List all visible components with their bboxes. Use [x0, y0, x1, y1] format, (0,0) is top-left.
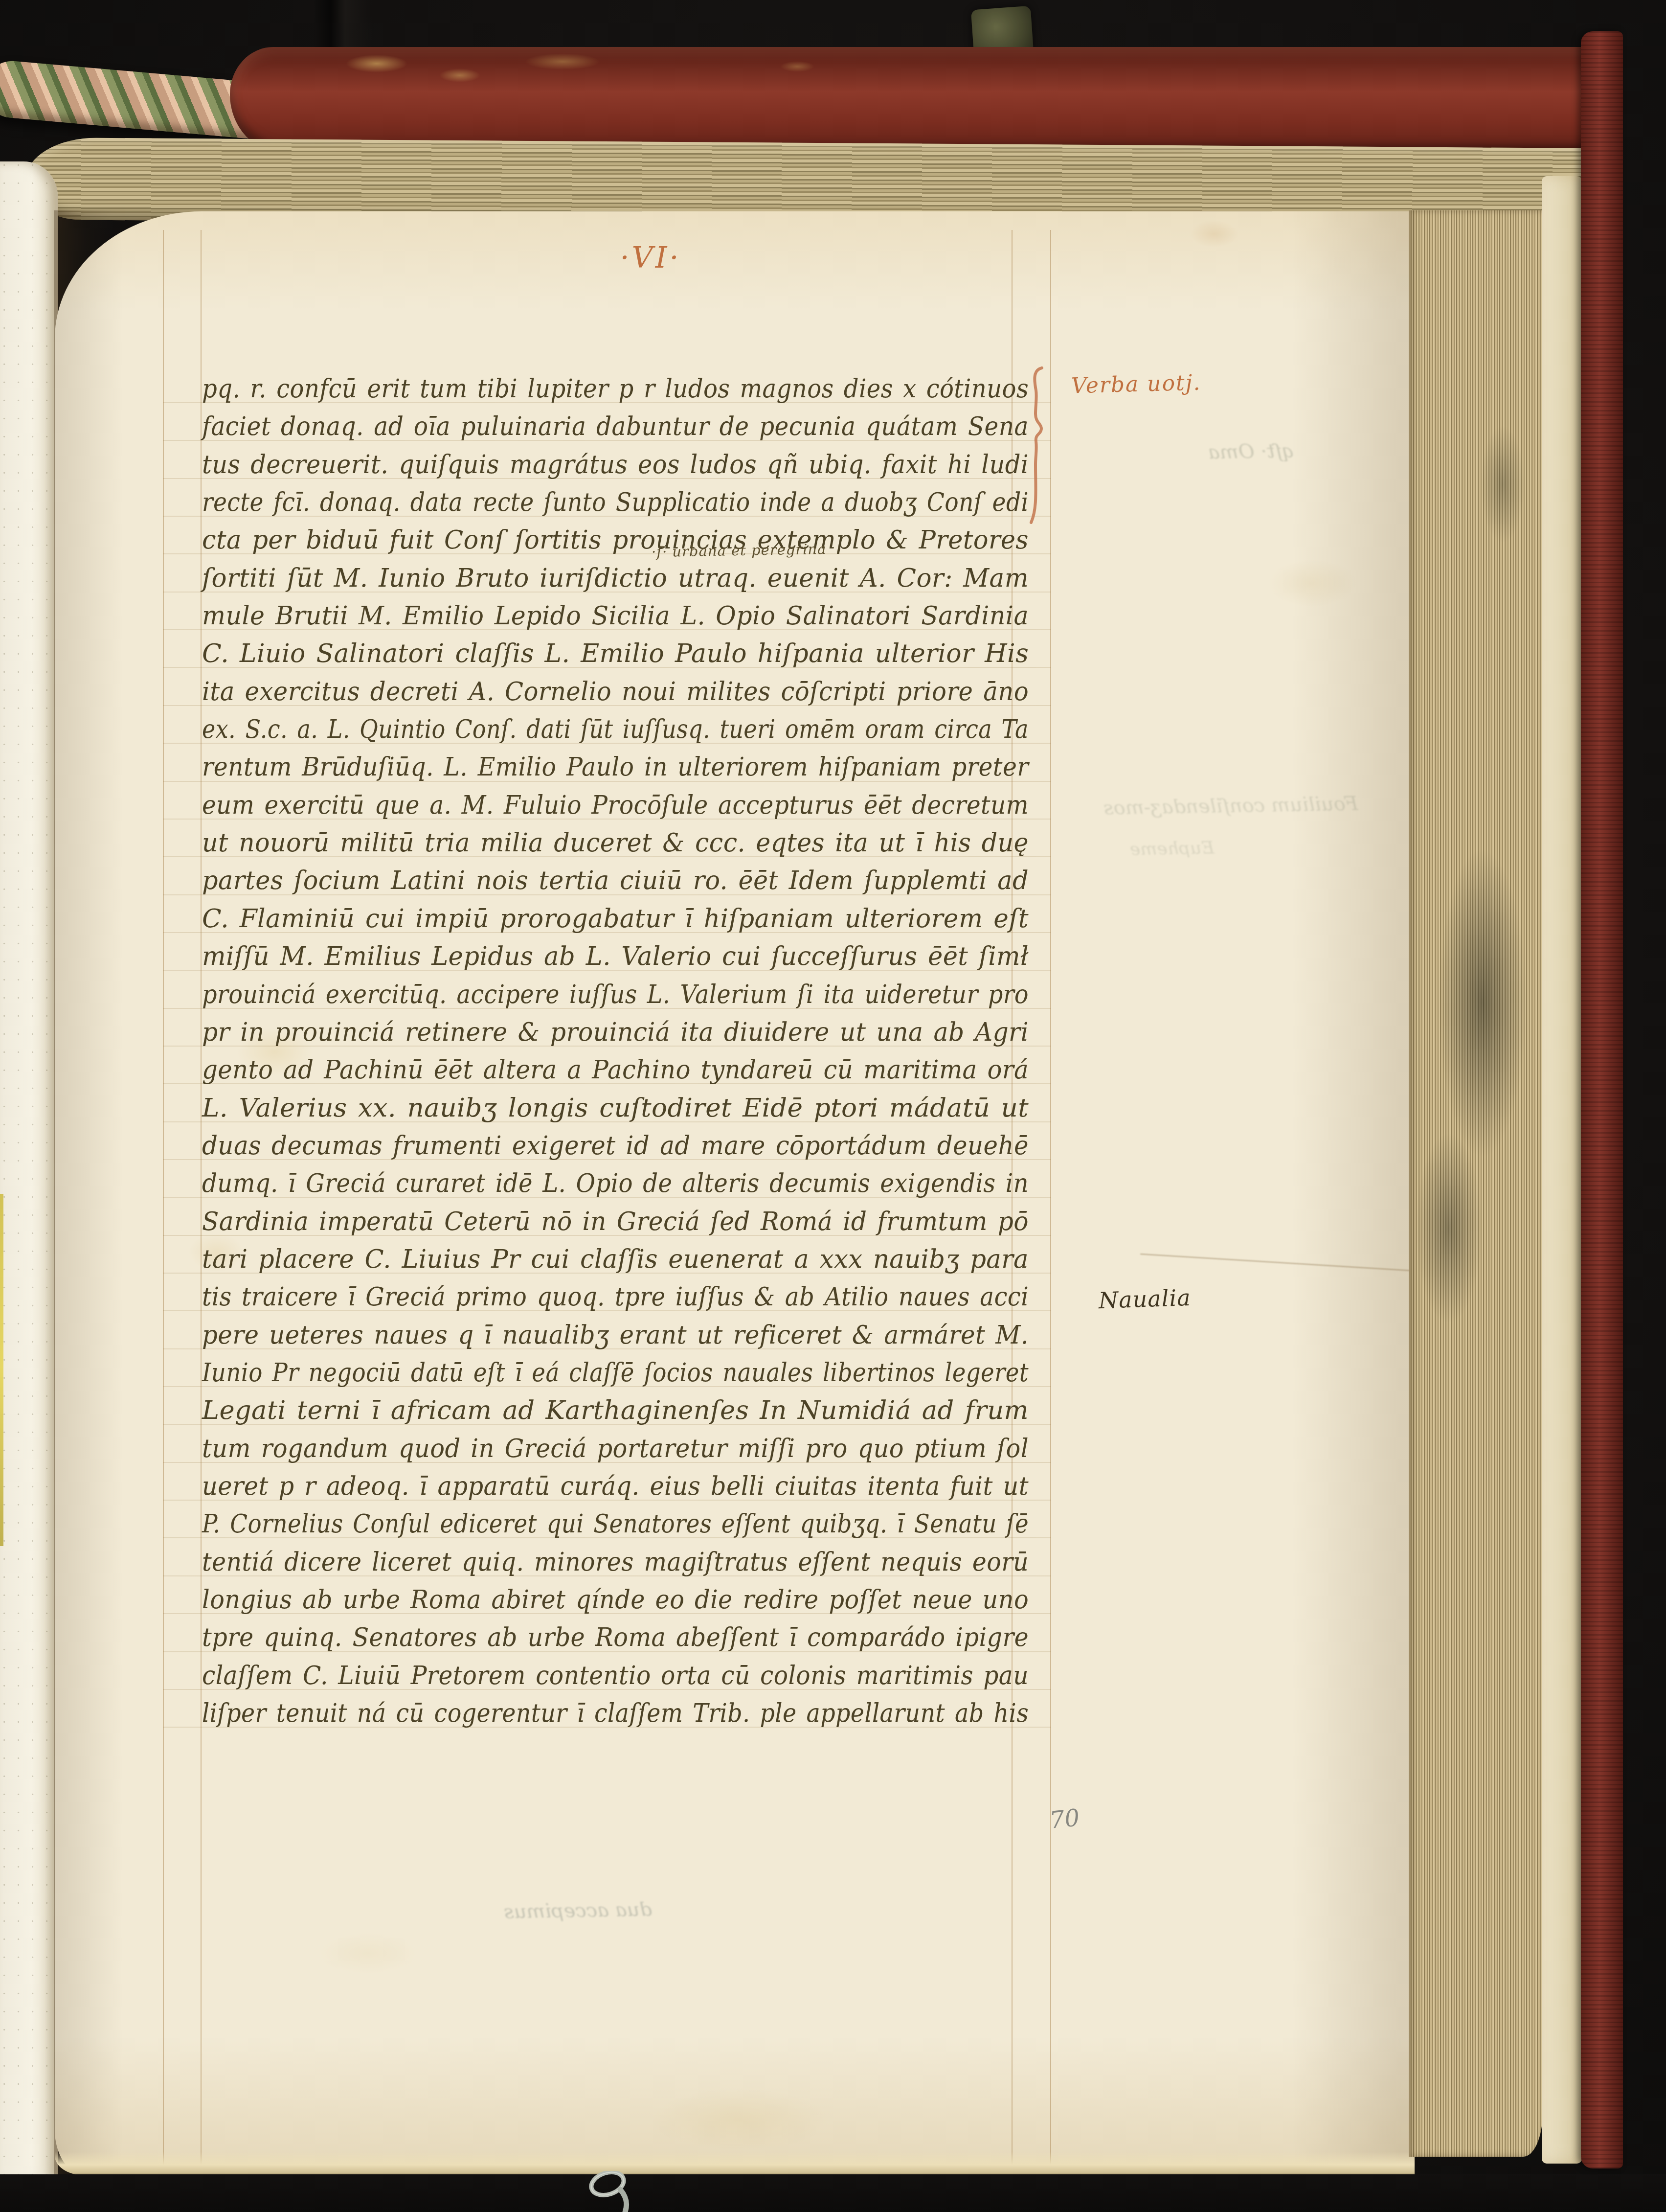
table-surface [0, 2174, 1666, 2212]
page-bottom-edge [55, 2152, 1415, 2175]
manuscript-line: ita exercitus decreti A. Cornelio noui m… [202, 674, 1053, 711]
manuscript-line: rentum Brūduſiūq. L. Emilio Paulo in ult… [202, 749, 1053, 787]
manuscript-line: liſper tenuit ná cū cogerentur ī claſſem… [202, 1695, 1053, 1733]
manuscript-line: pq. r. confcū erit tum tibi lupiter p r … [202, 371, 1053, 409]
manuscript-line: miſſū M. Emilius Lepidus ab L. Valerio c… [202, 938, 1053, 976]
manuscript-line: tis traicere ī Greciá primo quoq. tpre i… [202, 1279, 1053, 1317]
facing-page-edge [0, 161, 58, 2181]
gilt-flecks [230, 47, 1599, 154]
cover-vellum-strip [1542, 176, 1582, 2164]
page-edges-fore [1409, 210, 1543, 2157]
manuscript-line: longius ab urbe Roma abiret qínde eo die… [202, 1582, 1053, 1619]
manuscript-line: tum rogandum quod in Greciá portaretur m… [202, 1431, 1053, 1468]
chapter-number: ·VI· [577, 241, 724, 275]
rubricator-bracket-icon [1025, 365, 1050, 526]
manuscript-line: C. Flaminiū cui impiū prorogabatur ī hiſ… [202, 901, 1053, 938]
folio-number: 70 [1048, 1804, 1081, 1834]
manuscript-line: duas decumas frumenti exigeret id ad mar… [202, 1128, 1053, 1165]
manuscript-line: eum exercitū que a. M. Fuluio Procōſule … [202, 787, 1053, 825]
manuscript-text-block: pq. r. confcū erit tum tibi lupiter p r … [202, 371, 1053, 1733]
manuscript-line: tentiá dicere liceret quiq. minores magi… [202, 1544, 1053, 1582]
manuscript-line: L. Valerius xx. nauibʒ longis cuſtodiret… [202, 1090, 1053, 1128]
manuscript-line: partes ſocium Latini nois tertia ciuiū r… [202, 863, 1053, 900]
manuscript-line: dumq. ī Greciá curaret idē L. Opio de al… [202, 1165, 1053, 1203]
manuscript-line: ſortiti ſūt M. Iunio Bruto iuriſdictio u… [202, 560, 1053, 598]
manuscript-line: tpre quinq. Senatores ab urbe Roma abeſſ… [202, 1619, 1053, 1657]
edge-yellow-sliver [0, 1194, 3, 1546]
margin-note-verba: Verba uotj. [1071, 370, 1201, 399]
bleed-through-text: Fouilium conſilendaʒ-mos [1103, 792, 1358, 819]
bleed-through-text: Eupheme [1130, 838, 1215, 859]
manuscript-line: ueret p r adeoq. ī apparatū curáq. eius … [202, 1468, 1053, 1506]
manuscript-line: claſſem C. Liuiū Pretorem contentio orta… [202, 1658, 1053, 1695]
manuscript-line: C. Liuio Salinatori claſſis L. Emilio Pa… [202, 636, 1053, 673]
manuscript-line: ex. S.c. a. L. Quintio Conſ. dati ſūt iu… [202, 711, 1053, 749]
manuscript-line: faciet donaq. ad oīa puluinaria dabuntur… [202, 409, 1053, 446]
bleed-through-text: dua accepimus [504, 1898, 653, 1923]
interlinear-gloss: ·ſ· urbana et peregrina [652, 541, 827, 560]
manuscript-line: tus decreuerit. quiſquis magrátus eos lu… [202, 447, 1053, 484]
chain-clasp-icon [577, 2171, 675, 2212]
manuscript-line: pere ueteres naues q ī naualibʒ erant ut… [202, 1317, 1053, 1355]
manuscript-line: P. Cornelius Conſul ediceret qui Senator… [202, 1506, 1053, 1544]
manuscript-line: prouinciá exercitūq. accipere iuſſus L. … [202, 977, 1053, 1014]
margin-note-naualia: Naualia [1098, 1284, 1191, 1314]
manuscript-line: Sardinia imperatū Ceterū nō in Greciá ſe… [202, 1204, 1053, 1241]
manuscript-photo: ·VI· pq. r. confcū erit tum tibi lupiter… [0, 0, 1666, 2212]
manuscript-line: Iunio Pr negociū datū eſt ī eá claſſē ſo… [202, 1355, 1053, 1392]
manuscript-line: tari placere C. Liuius Pr cui claſſis eu… [202, 1241, 1053, 1279]
manuscript-line: Legati terni ī africam ad Karthaginenſes… [202, 1392, 1053, 1430]
manuscript-line: cta per biduū fuit Conſ ſortitis prouinc… [202, 522, 1053, 560]
manuscript-line: recte fcī. donaq. data recte ſunto Suppl… [202, 484, 1053, 522]
manuscript-line: gento ad Pachinū ēēt altera a Pachino ty… [202, 1052, 1053, 1090]
bleed-through-text: qſt· Oma [1208, 439, 1295, 463]
manuscript-line: pr in prouinciá retinere & prouinciá ita… [202, 1014, 1053, 1052]
binding-leather-right [1581, 31, 1623, 2168]
manuscript-line: mule Brutii M. Emilio Lepido Sicilia L. … [202, 598, 1053, 636]
manuscript-line: ut nouorū militū tria milia duceret & cc… [202, 825, 1053, 863]
